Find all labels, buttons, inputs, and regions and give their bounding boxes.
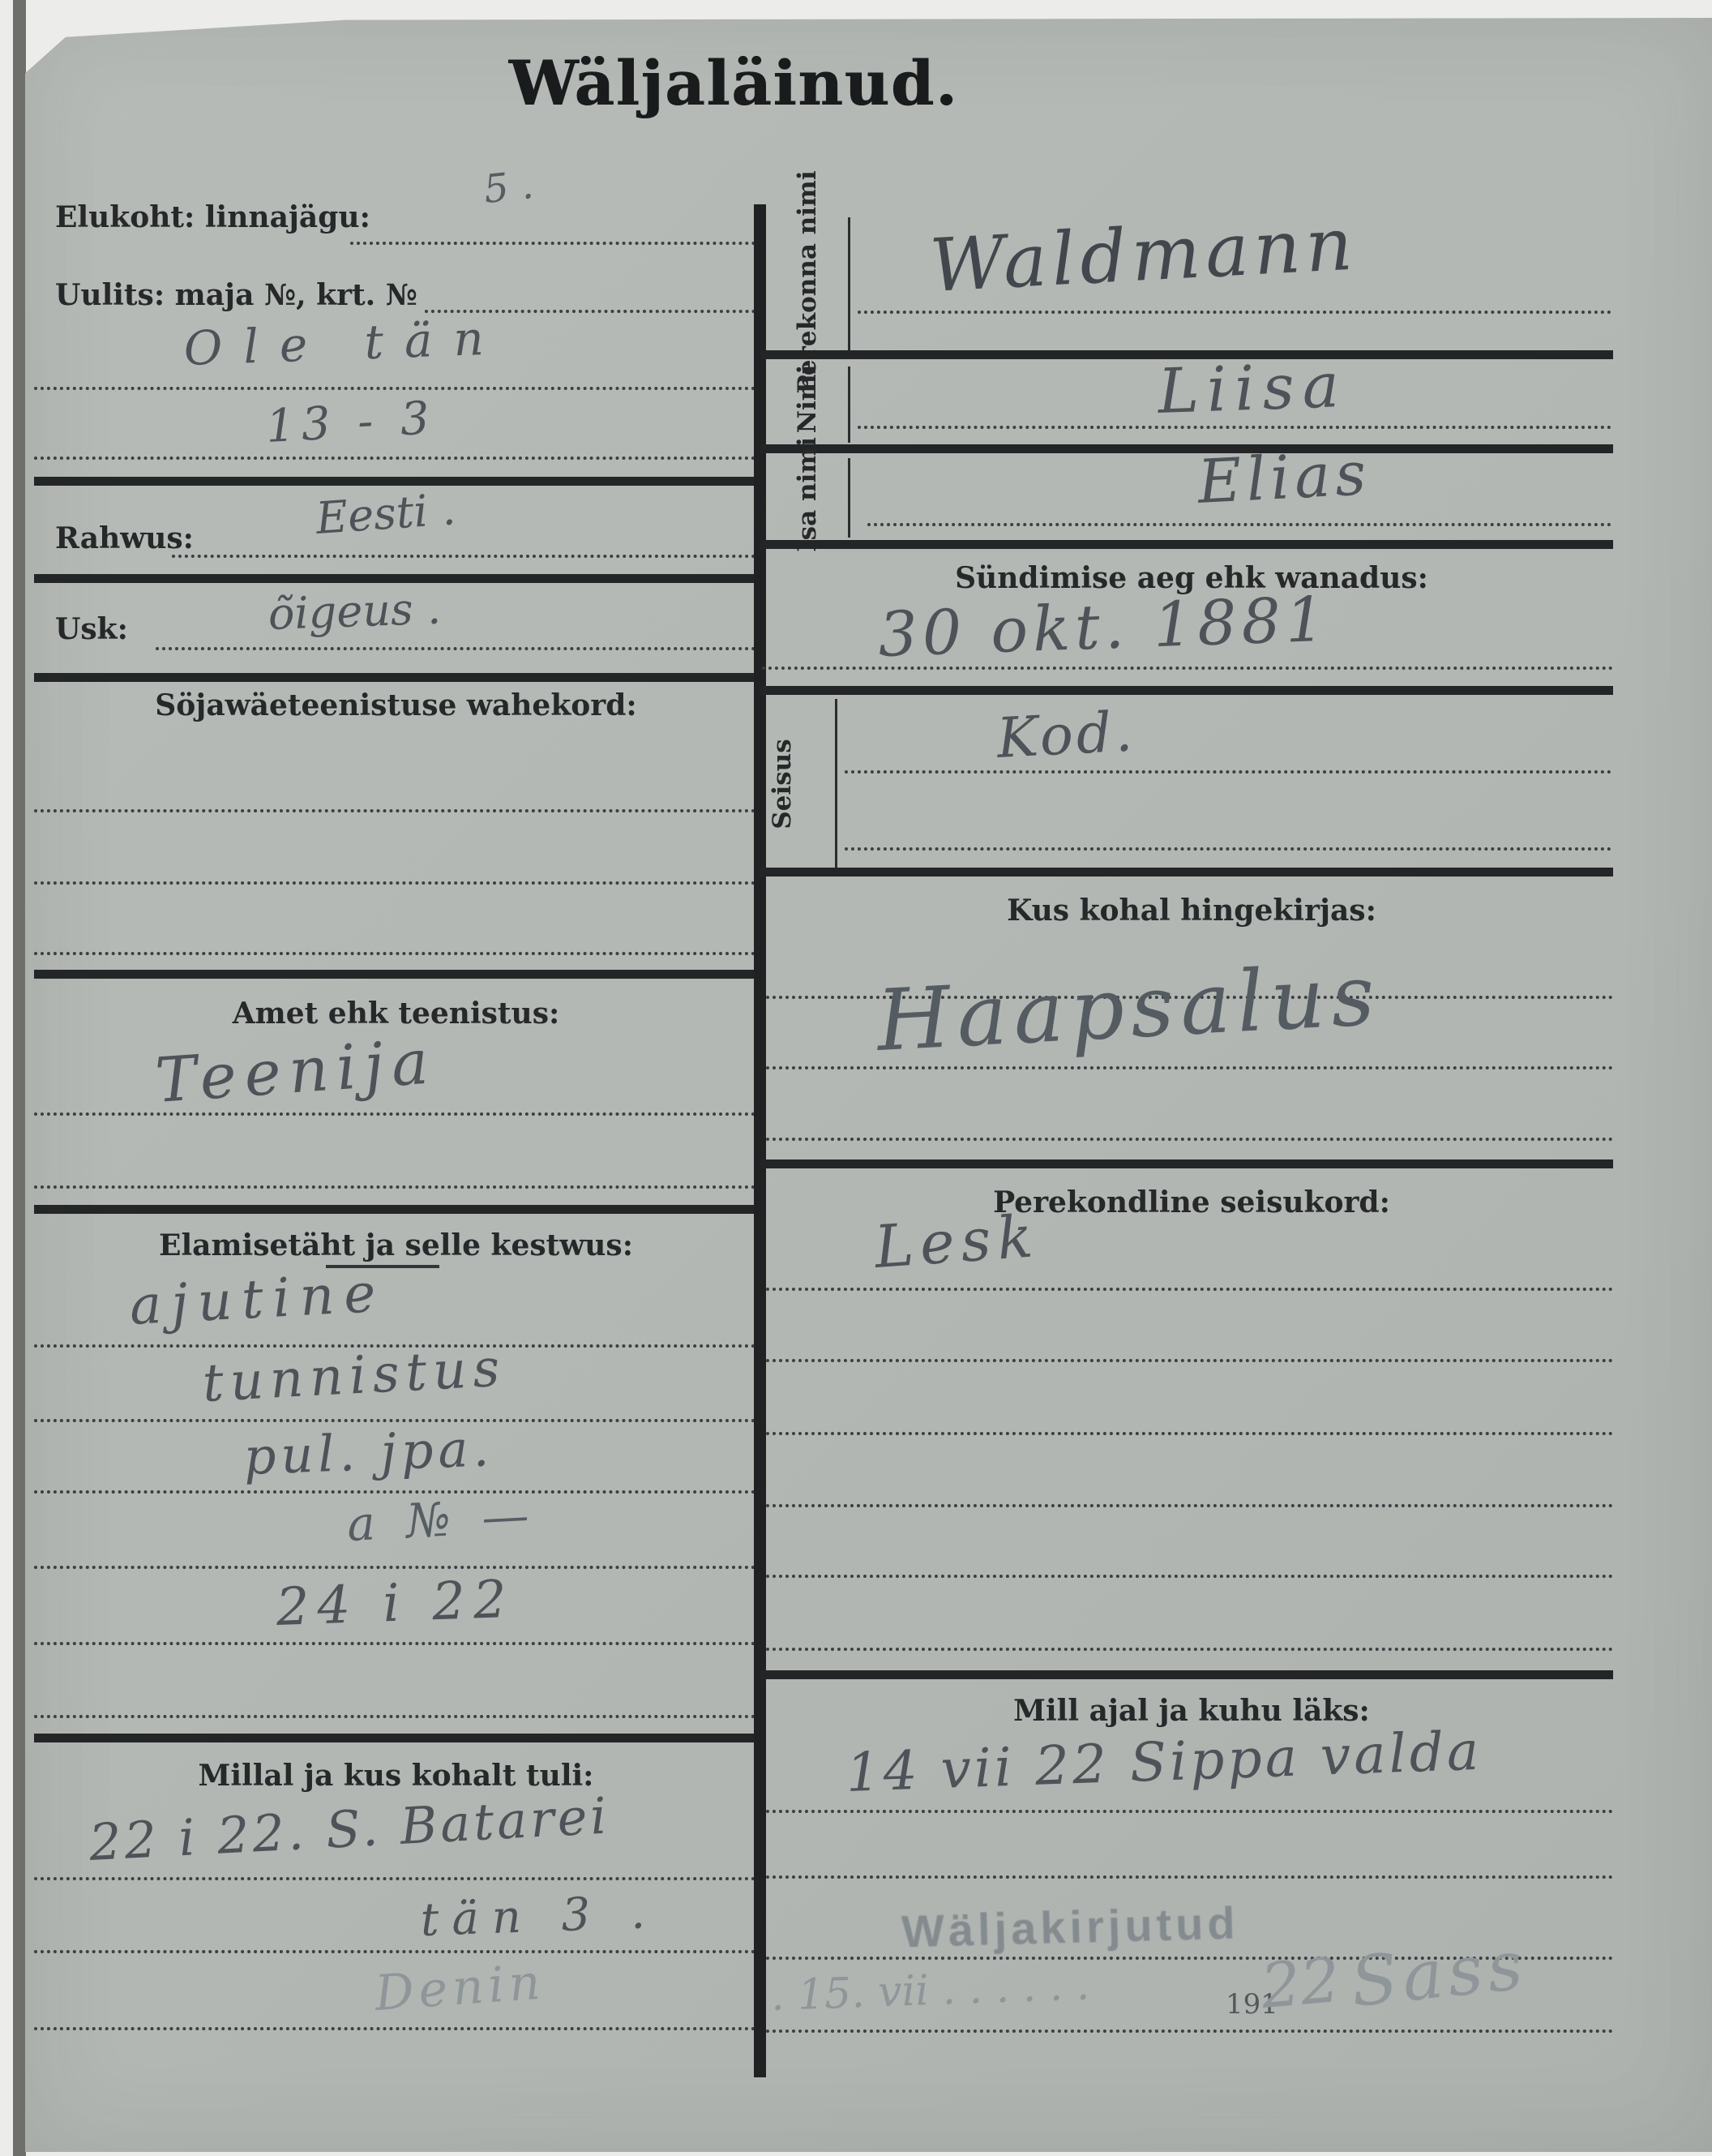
dotted-line [172,555,755,558]
permit-line4-handwritten: a № — [345,1487,538,1552]
permit-line3-handwritten: pul. jpa. [242,1418,494,1486]
label-box-line [848,458,850,538]
section-rule [34,970,758,979]
religion-value-handwritten: õigeus . [267,583,442,640]
dotted-line [845,847,1611,851]
residence-permit-label: Elamisetäht ja selle kestwus: [34,1231,758,1262]
dotted-line [858,311,1611,314]
family-name-label-rotated: Perekonna nimi [794,170,823,393]
section-rule [34,574,758,583]
dotted-line [766,1432,1613,1435]
section-rule [760,868,1613,877]
dotted-line [766,1575,1613,1578]
label-box-line [848,217,850,350]
dotted-line [34,881,755,885]
dotted-line [766,1288,1613,1291]
dotted-line [766,1810,1613,1813]
scan-spine-edge [13,0,26,2156]
status-value-handwritten: Kod. [995,700,1137,771]
street-value-line2-handwritten: 13 - 3 [265,392,438,453]
dotted-line [350,242,755,245]
section-rule [760,686,1613,695]
arrival-line3-pencil: Denin [373,1954,546,2022]
dotted-line [34,1566,755,1569]
first-name-label: Nimi [793,365,822,434]
deregistration-stamp: Wäljakirjutud [901,1897,1239,1958]
dotted-line [766,1648,1613,1651]
section-rule [34,673,758,682]
permit-line5-handwritten: 24 i 22 [275,1570,515,1638]
status-label: Seisus [768,739,797,829]
street-label: Uulits: maja №, krt. № [55,281,417,311]
dotted-line [845,770,1611,774]
dotted-line [34,809,755,812]
father-name-label: Isa nimi [793,437,822,552]
label-box-line [848,366,850,443]
arrival-label: Millal ja kus kohalt tuli: [34,1761,758,1792]
dotted-line [34,387,755,390]
dotted-line [34,1715,755,1718]
nationality-label: Rahwus: [55,524,194,555]
dotted-line [34,456,755,460]
dotted-line [858,426,1611,429]
dotted-line [34,1112,755,1116]
religion-label: Usk: [55,615,128,645]
departure-label: Mill ajal ja kuhu läks: [770,1696,1613,1727]
father-name-value-handwritten: Elias [1196,439,1372,517]
column-divider [754,204,766,2077]
nationality-value-handwritten: Eesti . [315,483,457,544]
dotted-line [34,1185,755,1189]
section-rule [34,1205,758,1214]
dotted-line [762,667,1613,670]
section-rule [760,444,1613,453]
section-rule [760,1670,1613,1679]
residence-label: Elukoht: linnajägu: [55,203,370,234]
first-name-label-rotated: Nimi [794,365,823,434]
page-title: Wäljaläinud. [509,47,959,119]
first-name-value-handwritten: Liisa [1157,349,1348,427]
dotted-line [34,1642,755,1645]
scanned-registration-card: Wäljaläinud. Elukoht: linnajägu: 5 . Uul… [0,0,1712,2156]
dotted-line [156,647,755,650]
label-box-line [835,699,837,868]
occupation-label: Amet ehk teenistus: [34,999,758,1030]
section-rule [34,1734,758,1742]
dotted-line [34,952,755,955]
stamp-year-pencil: 22 [1258,1944,1342,2022]
dotted-line [766,2030,1613,2033]
status-label-rotated: Seisus [768,739,798,829]
street-value-line1-handwritten: Ole tän [183,310,506,376]
section-rule [760,1159,1613,1168]
dotted-line [766,1504,1613,1507]
dotted-line [766,1359,1613,1362]
dotted-line [766,1066,1613,1069]
dotted-line [34,1877,755,1880]
family-status-value-handwritten: Lesk [872,1202,1041,1281]
permit-line1-handwritten: ajutine [128,1262,387,1337]
dotted-line [34,2027,755,2030]
father-name-label-rotated: Isa nimi [794,437,823,552]
section-rule [760,540,1613,549]
dotted-line [766,1875,1613,1879]
dotted-line [34,1950,755,1953]
dotted-line [867,523,1611,526]
military-service-label: Söjawäeteenistuse wahekord: [34,691,758,722]
arrival-line2-handwritten: tän 3 . [420,1886,659,1947]
family-name-label: Perekonna nimi [793,170,822,393]
dotted-line [766,1138,1613,1141]
residence-value-handwritten: 5 . [481,162,536,212]
section-rule [34,477,758,486]
parish-label: Kus kohal hingekirjas: [770,896,1613,927]
dotted-line [34,1490,755,1494]
